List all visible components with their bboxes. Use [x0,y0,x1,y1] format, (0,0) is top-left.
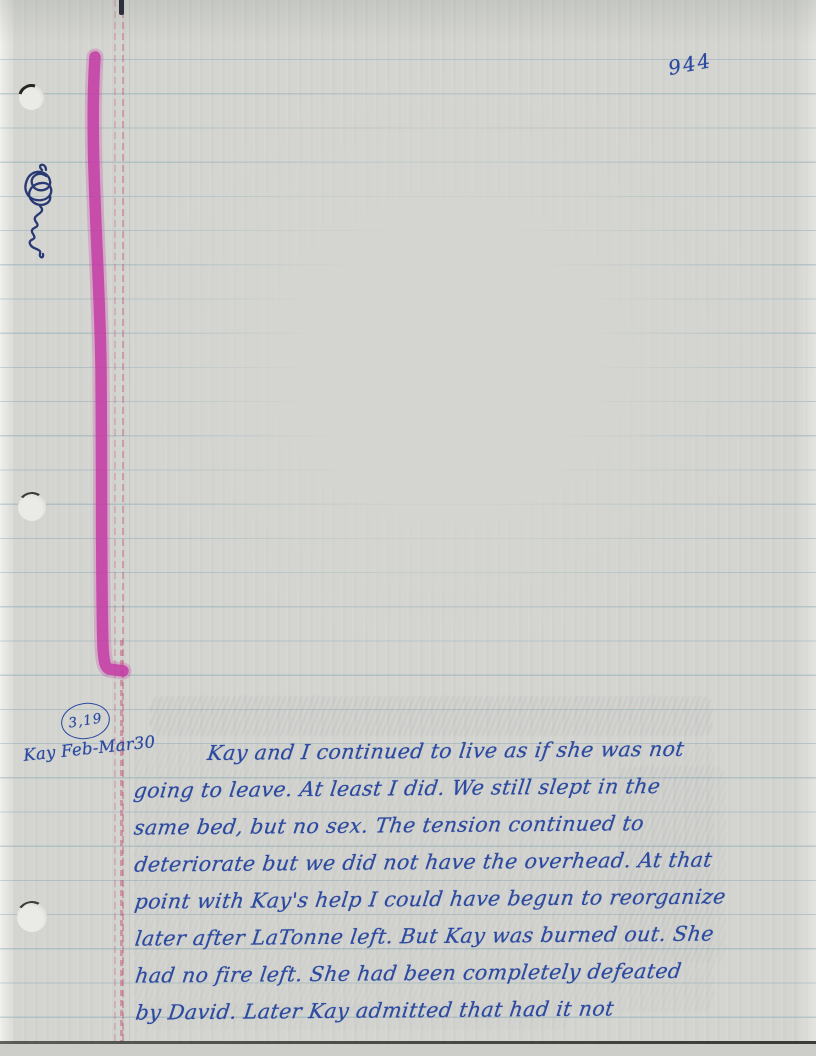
punched-hole [18,493,46,521]
notebook-page: 944 3,19 Kay Feb-Mar30 Kay and I continu… [0,0,816,1056]
page-number: 944 [666,48,714,80]
scan-bottom-margin [0,1044,816,1056]
punched-hole [17,902,47,932]
manuscript-line: deteriorate but we did not have the over… [132,841,737,883]
manuscript-line: Kay and I continued to live as if she wa… [131,730,736,772]
margin-rule-line [120,640,123,1042]
page-crease [129,0,130,1056]
margin-rule-line [114,0,116,1056]
margin-line-top-mark [119,0,124,15]
manuscript-line: had no fire left. She had been completel… [133,952,738,994]
manuscript-line: point with Kay's help I could have begun… [132,878,737,920]
manuscript-line: later after LaTonne left. But Kay was bu… [133,915,738,957]
circled-reference-number: 3,19 [67,710,103,731]
manuscript-line: same bed, but no sex. The tension contin… [132,804,737,846]
manuscript-paragraph: Kay and I continued to live as if she wa… [131,730,734,1031]
manuscript-line: going to leave. At least I did. We still… [131,767,736,809]
circled-reference: 3,19 [58,699,112,742]
manuscript-line: by David. Later Kay admitted that had it… [133,989,738,1031]
ink-showthrough-smudge [150,696,712,736]
punched-hole [19,85,44,110]
